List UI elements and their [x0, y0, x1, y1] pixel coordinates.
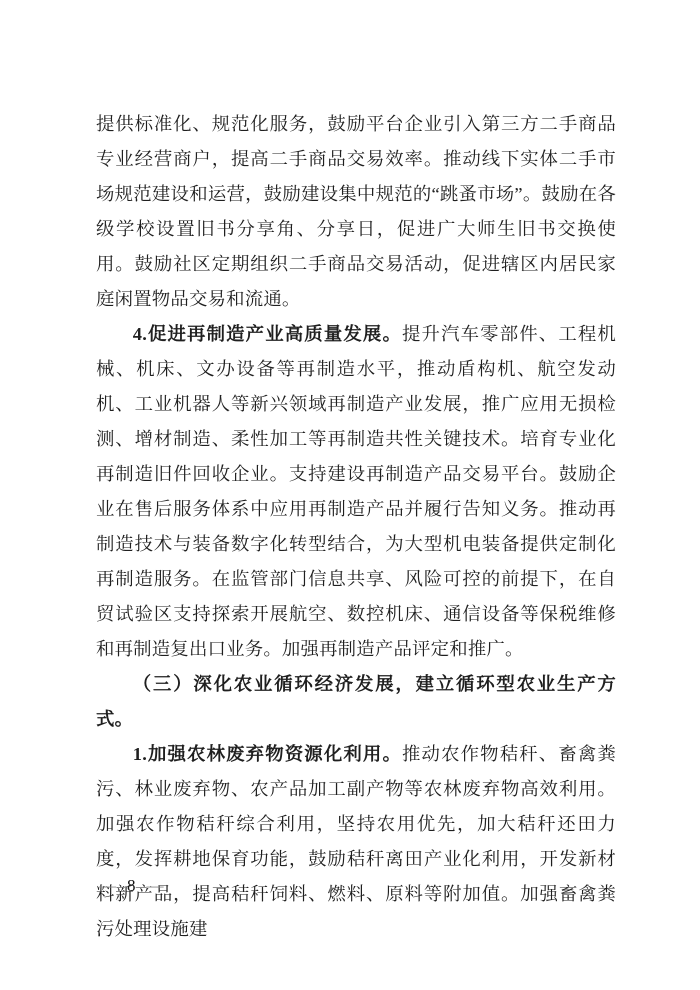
document-body: 提供标准化、规范化服务，鼓励平台企业引入第三方二手商品专业经营商户，提高二手商品… — [96, 107, 616, 947]
paragraph-agri-waste: 1.加强农林废弃物资源化利用。推动农作物秸秆、畜禽粪污、林业废弃物、农产品加工副… — [96, 737, 616, 947]
footer-dash-right: — — [147, 876, 164, 895]
paragraph-text: 提供标准化、规范化服务，鼓励平台企业引入第三方二手商品专业经营商户，提高二手商品… — [96, 114, 616, 309]
footer-dash-left: — — [99, 876, 116, 895]
paragraph-remanufacturing: 4.促进再制造产业高质量发展。提升汽车零部件、工程机械、机床、文办设备等再制造水… — [96, 317, 616, 667]
page-number: 8 — [127, 876, 136, 895]
paragraph-lead-bold: 1.加强农林废弃物资源化利用。 — [133, 744, 402, 764]
paragraph-secondhand-goods: 提供标准化、规范化服务，鼓励平台企业引入第三方二手商品专业经营商户，提高二手商品… — [96, 107, 616, 317]
document-page: 提供标准化、规范化服务，鼓励平台企业引入第三方二手商品专业经营商户，提高二手商品… — [0, 0, 700, 990]
paragraph-lead-bold: 4.促进再制造产业高质量发展。 — [133, 324, 402, 344]
section-heading-agriculture: （三）深化农业循环经济发展，建立循环型农业生产方式。 — [96, 667, 616, 737]
paragraph-text: 推动农作物秸秆、畜禽粪污、林业废弃物、农产品加工副产物等农林废弃物高效利用。加强… — [96, 744, 616, 939]
paragraph-text: 提升汽车零部件、工程机械、机床、文办设备等再制造水平，推动盾构机、航空发动机、工… — [96, 324, 616, 659]
section-heading-text: （三）深化农业循环经济发展，建立循环型农业生产方式。 — [96, 674, 616, 729]
page-footer: —8— — [99, 876, 164, 896]
